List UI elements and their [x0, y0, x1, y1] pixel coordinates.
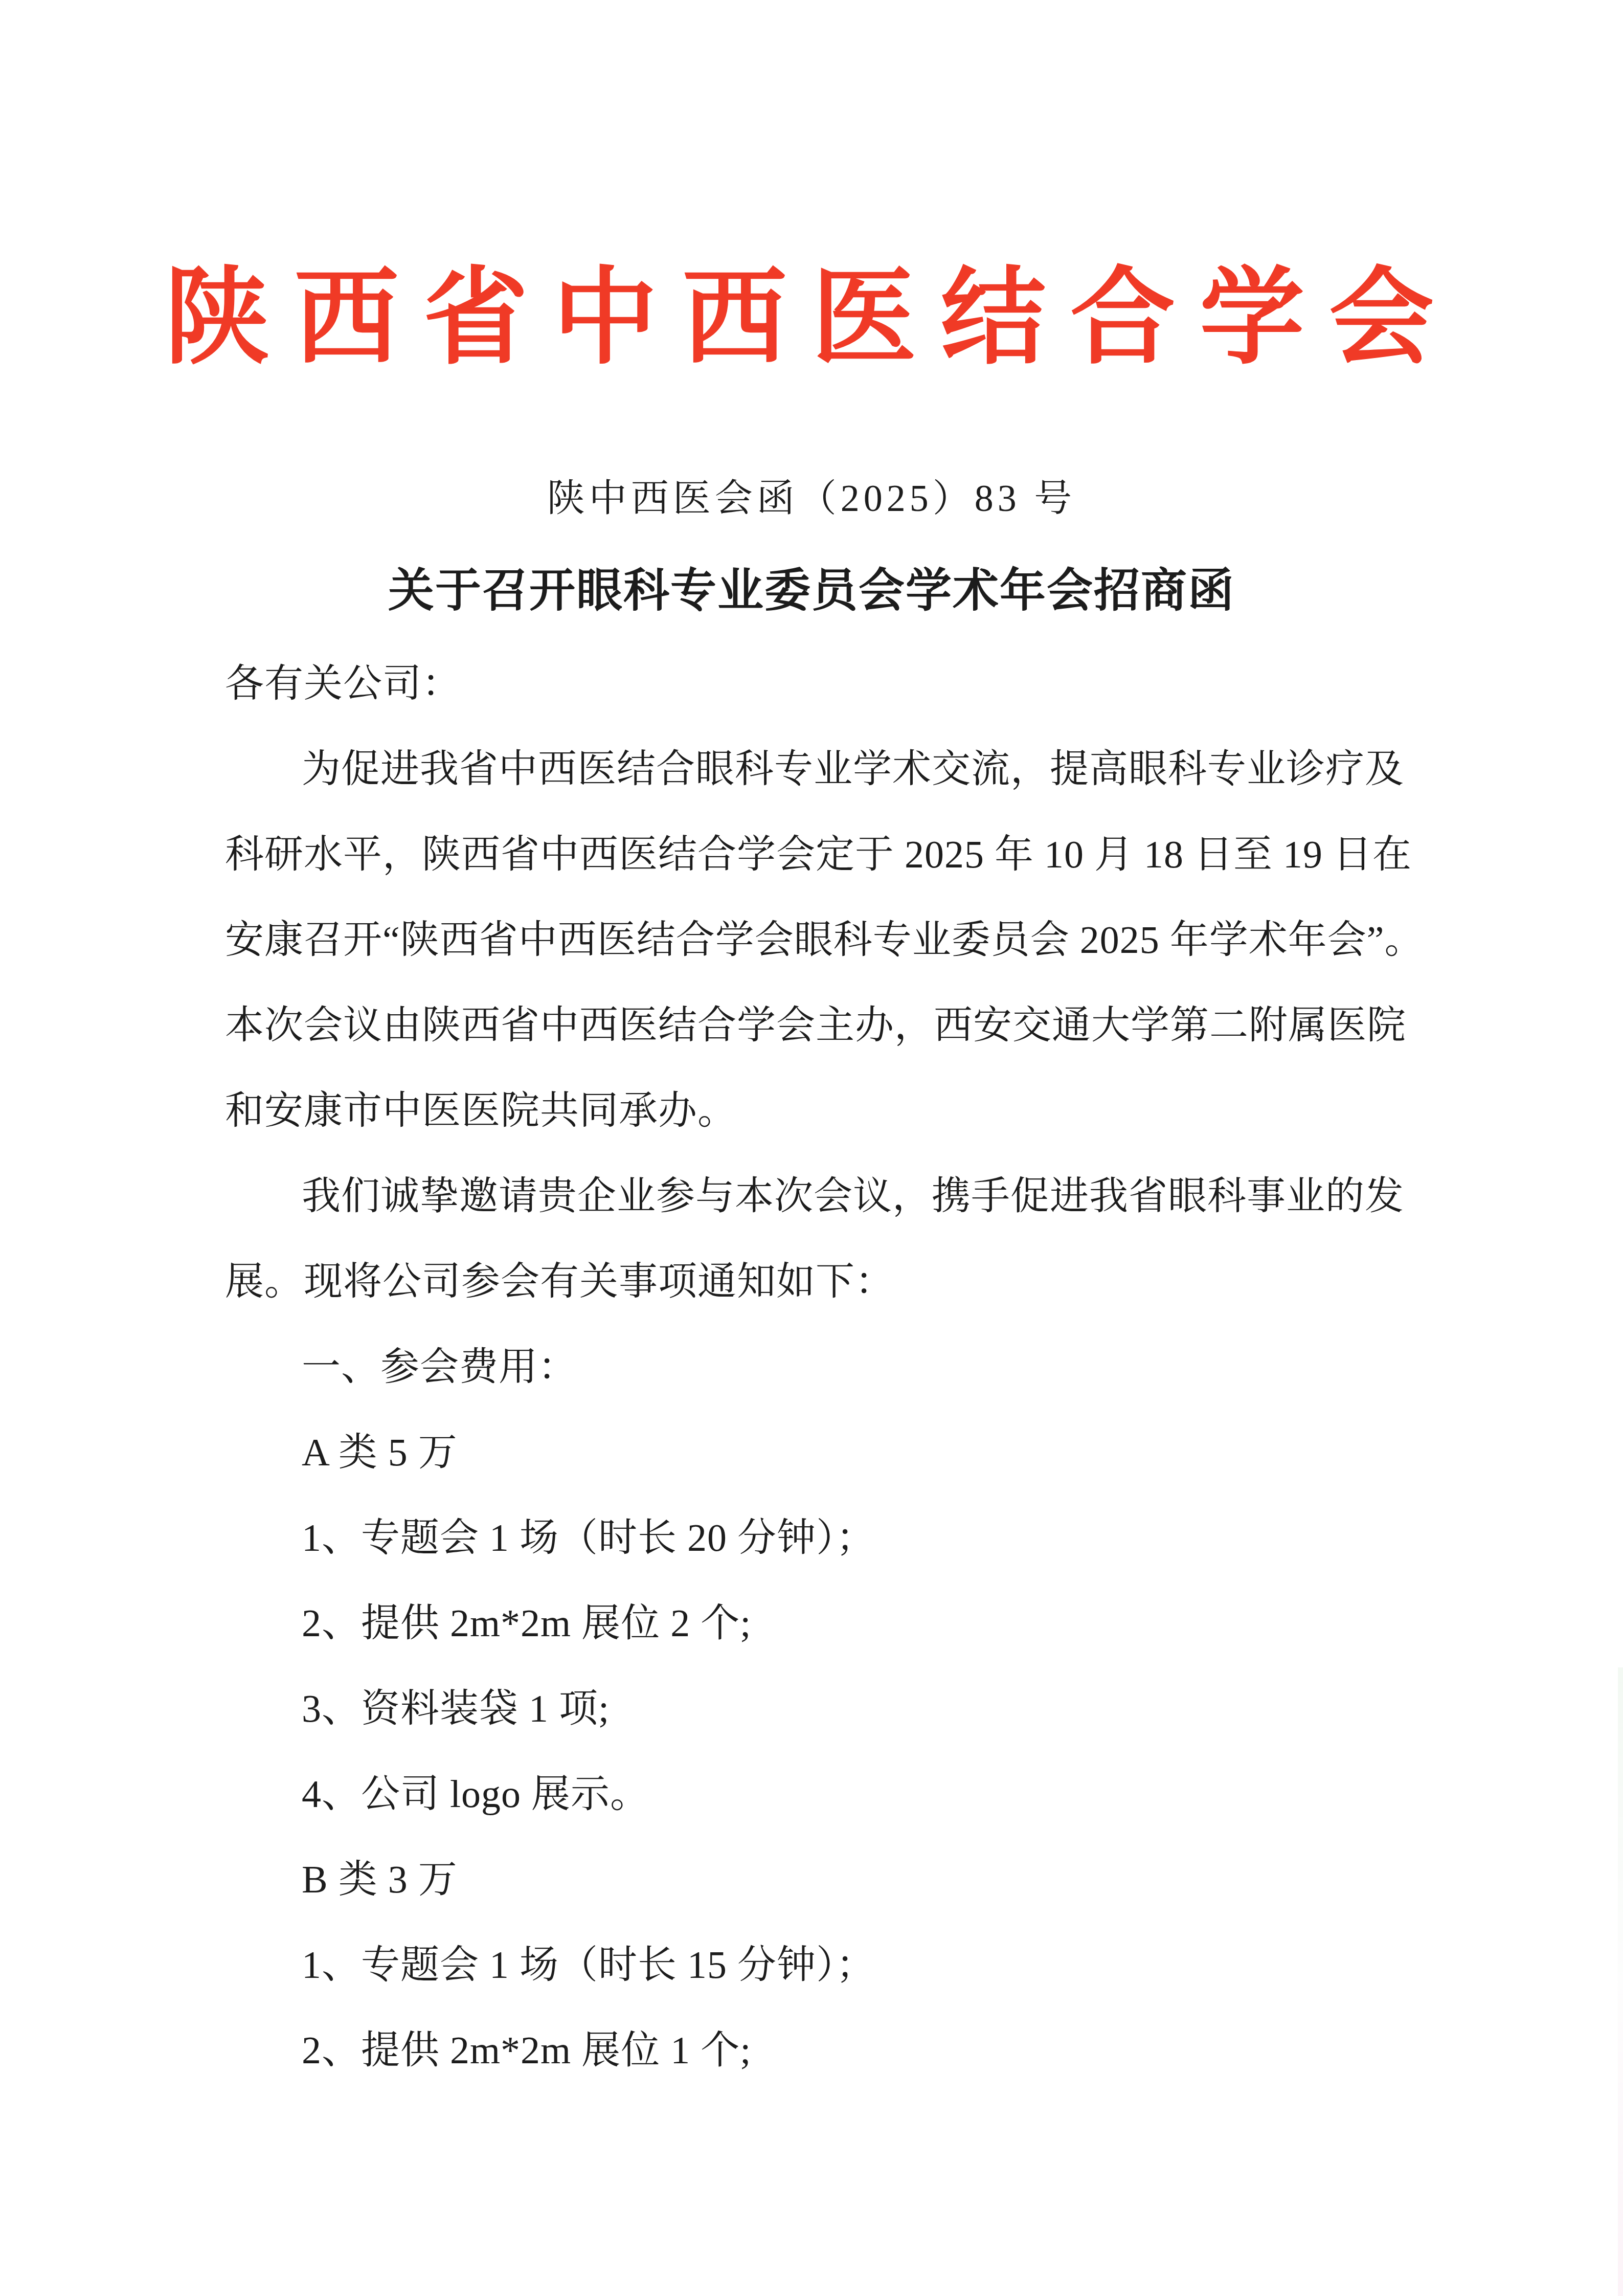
body-line-salutation: 各有关公司： [225, 641, 1462, 727]
body-line-item: 3、资料装袋 1 项; [225, 1666, 1462, 1752]
body-line-item: 2、提供 2m*2m 展位 2 个; [225, 1581, 1462, 1666]
body-line-category-b: B 类 3 万 [225, 1837, 1462, 1923]
body-line-section-heading: 一、参会费用： [225, 1325, 1462, 1410]
body-line: 展。现将公司参会有关事项通知如下： [225, 1239, 1462, 1325]
document-title: 关于召开眼科专业委员会学术年会招商函 [0, 561, 1623, 622]
body-line: 安康召开“陕西省中西医结合学会眼科专业委员会 2025 年学术年会”。 [225, 898, 1462, 983]
body-line-item: 1、专题会 1 场（时长 20 分钟）； [225, 1496, 1462, 1581]
scan-edge-artifact [1618, 1667, 1623, 2296]
body-line: 科研水平，陕西省中西医结合学会定于 2025 年 10 月 18 日至 19 日… [225, 812, 1462, 898]
document-body: 各有关公司： 为促进我省中西医结合眼科专业学术交流，提高眼科专业诊疗及 科研水平… [225, 641, 1462, 2093]
body-line: 和安康市中医医院共同承办。 [225, 1068, 1462, 1154]
body-line-category-a: A 类 5 万 [225, 1410, 1462, 1496]
body-line: 为促进我省中西医结合眼科专业学术交流，提高眼科专业诊疗及 [225, 727, 1462, 812]
body-line-item: 4、公司 logo 展示。 [225, 1752, 1462, 1837]
letterhead-org-name: 陕西省中西医结合学会 [0, 255, 1623, 383]
document-number: 陕中西医会函（2025）83 号 [0, 471, 1623, 527]
body-line: 我们诚挚邀请贵企业参与本次会议，携手促进我省眼科事业的发 [225, 1154, 1462, 1239]
scanned-document-page: 陕西省中西医结合学会 陕中西医会函（2025）83 号 关于召开眼科专业委员会学… [0, 0, 1623, 2296]
body-line-item: 2、提供 2m*2m 展位 1 个; [225, 2008, 1462, 2093]
body-line: 本次会议由陕西省中西医结合学会主办，西安交通大学第二附属医院 [225, 983, 1462, 1068]
body-line-item: 1、专题会 1 场（时长 15 分钟）； [225, 1923, 1462, 2008]
